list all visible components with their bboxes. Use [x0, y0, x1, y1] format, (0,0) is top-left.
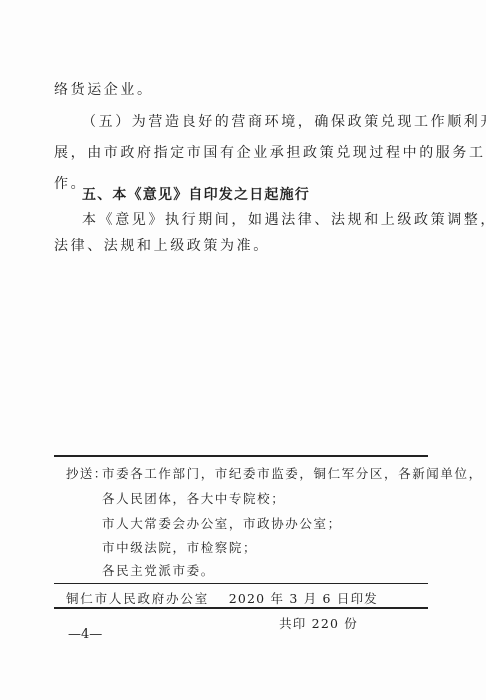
- distribution-line: 市委各工作部门，市纪委市监委，铜仁军分区，各新闻单位，: [102, 466, 483, 482]
- issuance-top-rule: [54, 583, 428, 584]
- section-heading: 五、本《意见》自印发之日起施行: [82, 186, 310, 204]
- distribution-line: 各人民团体，各大中专院校；: [102, 491, 285, 507]
- section-body-line: 本《意见》执行期间，如遇法律、法规和上级政策调整，以: [82, 211, 486, 229]
- section-body-line: 法律、法规和上级政策为准。: [54, 237, 270, 255]
- body-line: （五）为营造良好的营商环境，确保政策兑现工作顺利开: [82, 113, 486, 131]
- issue-date: 2020 年 3 月 6 日印发: [229, 589, 378, 607]
- page-number: —4—: [68, 627, 102, 642]
- body-line: 络货运企业。: [54, 81, 154, 99]
- document-page: 络货运企业。 （五）为营造良好的营商环境，确保政策兑现工作顺利开 展，由市政府指…: [0, 0, 486, 700]
- issuance-bottom-rule: [54, 607, 428, 609]
- issuer-name: 铜仁市人民政府办公室: [66, 589, 209, 607]
- distribution-line: 各民主党派市委。: [102, 563, 215, 579]
- distribution-line: 市人大常委会办公室，市政协办公室；: [102, 516, 342, 532]
- distribution-line: 市中级法院，市检察院；: [102, 540, 257, 556]
- copies-count: 共印 220 份: [279, 614, 358, 632]
- body-line: 展，由市政府指定市国有企业承担政策兑现过程中的服务工: [54, 144, 486, 162]
- distribution-top-rule: [54, 455, 428, 457]
